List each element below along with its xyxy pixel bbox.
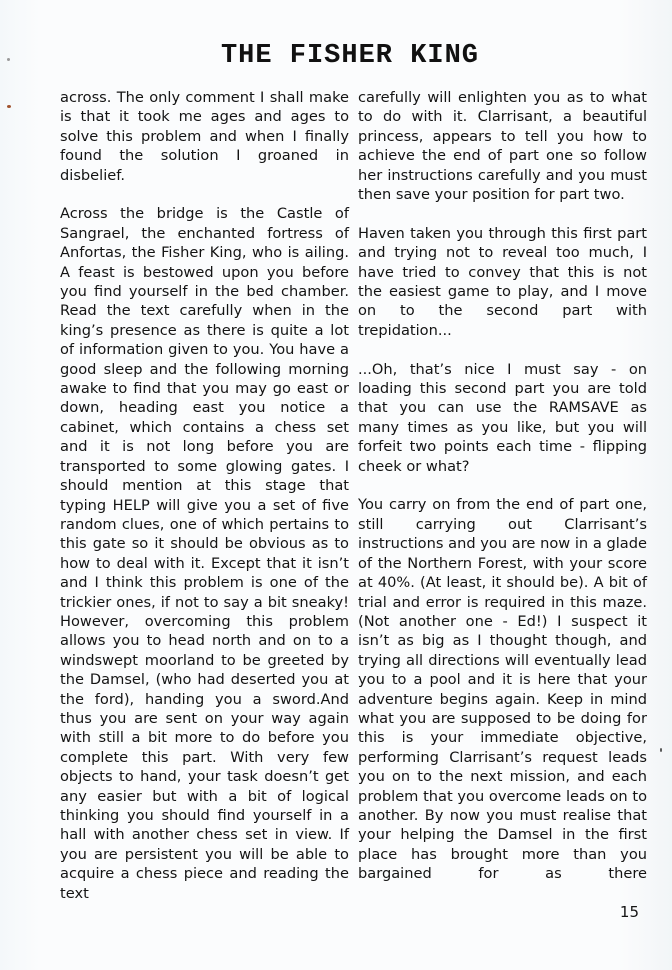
paragraph: ...Oh, that’s nice I must say - on loadi… xyxy=(358,360,647,476)
paragraph: You carry on from the end of part one, s… xyxy=(358,495,647,883)
left-column: across. The only comment I shall make is… xyxy=(60,88,349,903)
paragraph: across. The only comment I shall make is… xyxy=(60,88,349,185)
page-number: 15 xyxy=(620,903,639,921)
paragraph: Across the bridge is the Castle of Sangr… xyxy=(60,204,349,903)
right-column: carefully will enlighten you as to what … xyxy=(358,88,647,884)
article-title: THE FISHER KING xyxy=(0,41,672,71)
paragraph: carefully will enlighten you as to what … xyxy=(358,88,647,204)
print-speck xyxy=(7,105,11,108)
magazine-page: THE FISHER KING across. The only comment… xyxy=(0,0,672,970)
print-speck xyxy=(660,748,662,752)
paragraph: Haven taken you through this first part … xyxy=(358,224,647,340)
